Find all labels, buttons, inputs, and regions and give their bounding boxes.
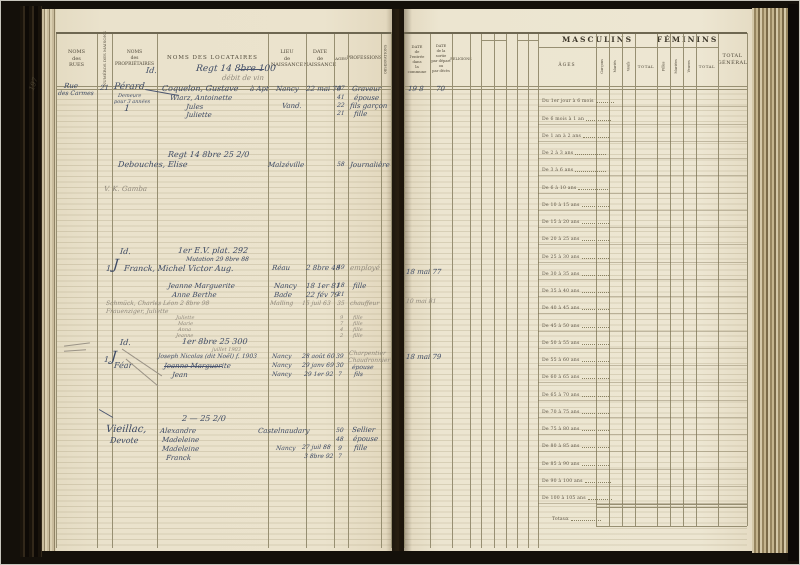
handwriting-note: Graveur (352, 85, 382, 93)
dot-leader (582, 223, 610, 224)
row-rule (404, 32, 747, 34)
handwriting-note: 22 fév 79 (306, 291, 340, 299)
handwriting-note: 28 août 60 (302, 353, 335, 360)
handwriting-note: Vieillac, (106, 424, 147, 435)
handwriting-note: Anne Berthe (172, 291, 217, 299)
handwriting-note: des Carmes (58, 90, 94, 97)
handwriting-note: fille (353, 333, 363, 339)
dot-leader (575, 154, 606, 155)
handwriting-note: fils (354, 371, 364, 378)
handwriting-note: 47 (337, 85, 345, 92)
header-observations: OBSERVATIONS (381, 32, 391, 86)
handwriting-note: Juliette (186, 111, 212, 119)
age-row: De 55 à 60 ans (538, 349, 747, 366)
handwriting-note: Schmück, Charles Léon 2 8bre 98 (106, 300, 210, 307)
handwriting-note: Nancy (276, 445, 296, 452)
handwriting-note: 7 (338, 371, 342, 378)
header-date-entree: DATE de l'entrée dans la commune (404, 32, 430, 86)
handwriting-note: Jean (172, 371, 188, 379)
header-date-naissance: DATE de NAISSANCE (306, 32, 334, 86)
handwriting-note: Nancy (276, 85, 299, 93)
age-row: De 2 à 3 ans (538, 142, 747, 159)
handwriting-note: 49 (337, 264, 345, 271)
handwriting-note: Id. (120, 338, 132, 347)
handwriting-note: Regt 14 8bre 100 (196, 64, 277, 74)
column-rule (528, 32, 529, 548)
handwriting-note: Madeleine (162, 436, 200, 444)
age-row-label: De 80 à 85 ans (538, 444, 580, 451)
row-rule (56, 32, 391, 34)
age-row: Du 1er jour à 6 mois (538, 90, 747, 107)
age-row: De 30 à 35 ans (538, 263, 747, 280)
age-row: De 70 à 75 ans (538, 401, 747, 418)
handwriting-note: Nancy (274, 282, 297, 290)
age-row-label: De 25 à 30 ans (538, 255, 580, 262)
age-row: De 50 à 55 ans (538, 332, 747, 349)
column-rule (506, 32, 507, 548)
age-row: De 6 à 10 ans (538, 176, 747, 193)
header-professions: PROFESSIONS (348, 32, 381, 86)
age-row: De 60 à 65 ans (538, 366, 747, 383)
total-column-label: TOTAL (696, 47, 718, 86)
handwriting-note: Madeleine (162, 445, 200, 453)
dot-leader (582, 413, 610, 414)
handwriting-note: Sellier (352, 426, 376, 434)
handwriting-note: 1er 8bre 25 300 (182, 337, 248, 346)
header-masculins: MASCULINS (538, 33, 657, 48)
dot-leader (575, 171, 606, 172)
age-row: De 1 an à 2 ans (538, 125, 747, 142)
handwriting-note: 22 (337, 102, 345, 109)
handwriting-note: employé (350, 264, 381, 272)
age-row-label: De 6 mois à 1 an (538, 117, 584, 124)
handwriting-note: 48 (336, 436, 344, 443)
header-lieu-naissance: LIEU de NAISSANCE (268, 32, 306, 86)
age-row-label: De 60 à 65 ans (538, 375, 580, 382)
age-row: De 15 à 20 ans (538, 211, 747, 228)
handwriting-note: fille (353, 282, 367, 290)
handwriting-note: Coquelon, Gustave (162, 84, 239, 93)
handwriting-note: épouse (354, 94, 380, 102)
handwriting-note: Alexandre (160, 427, 197, 435)
strike-mark (164, 366, 222, 367)
column-rule (391, 32, 392, 548)
age-row: De 45 à 50 ans (538, 314, 747, 331)
handwriting-note: Wiarz, Antoinette (170, 94, 233, 102)
handwriting-note: Malling (270, 300, 294, 307)
dot-leader (582, 206, 610, 207)
header-age: AGES (334, 32, 348, 86)
dot-leader (582, 275, 610, 276)
column-rule (747, 33, 748, 526)
handwriting-note: 19 8 (408, 85, 424, 93)
age-row-label: De 1 an à 2 ans (538, 134, 581, 141)
column-rule (56, 32, 57, 548)
column-rule (494, 32, 495, 548)
handwriting-note: Franck (166, 454, 192, 462)
column-rule (97, 32, 98, 548)
age-row-label: De 40 à 45 ans (538, 306, 580, 313)
dot-leader (582, 465, 610, 466)
age-row: De 100 à 105 ans (538, 487, 747, 504)
totaux-label: Totaux (538, 517, 569, 524)
handwriting-note: 18 mai 77 (406, 268, 442, 276)
handwriting-note: Nancy (272, 371, 292, 378)
handwriting-note: 3 8bre 92 (304, 453, 334, 460)
dot-leader (585, 482, 611, 483)
handwriting-note: 1er E.V. plat. 292 (178, 246, 249, 255)
age-row: De 25 à 30 ans (538, 245, 747, 262)
handwriting-note: J (112, 257, 119, 273)
handwriting-note: 9 (338, 445, 342, 452)
column-rule (430, 32, 431, 548)
handwriting-note: Id. (146, 66, 158, 75)
handwriting-note: pour 3 années (114, 99, 151, 105)
age-row: De 3 à 6 ans (538, 159, 747, 176)
header-rues: NOMS des RUES (56, 32, 97, 86)
age-row-label: De 90 à 100 ans (538, 479, 583, 486)
handwriting-note: fils garçon (350, 102, 388, 110)
handwriting-note: 70 (436, 85, 446, 93)
column-rule (334, 32, 335, 548)
age-row: De 90 à 100 ans (538, 470, 747, 487)
header-feminins: FÉMININS (657, 33, 718, 48)
header-ages: ÂGES (538, 47, 596, 86)
strike-mark (238, 69, 264, 70)
handwriting-note: Nancy (272, 362, 292, 369)
age-row-label: De 55 à 60 ans (538, 358, 580, 365)
handwriting-note: 7 (338, 453, 342, 460)
age-row: De 40 à 45 ans (538, 297, 747, 314)
handwriting-note: 21 (337, 291, 345, 298)
dot-leader (586, 120, 610, 121)
dot-leader (582, 258, 610, 259)
handwriting-note: 41 (337, 94, 345, 101)
age-row-label: De 30 à 35 ans (538, 272, 580, 279)
dot-leader (582, 327, 610, 328)
dot-leader (596, 102, 614, 103)
handwriting-note: 15 juil 63 (302, 300, 331, 307)
subcolumn-label: Veuves (687, 60, 692, 72)
age-row-label: De 3 à 6 ans (538, 168, 573, 175)
handwriting-note: 10 mai 81 (406, 298, 437, 305)
dot-leader (588, 499, 612, 500)
handwriting-note: Regt 14 8bre 25 2/0 (168, 150, 250, 159)
header-date-sortie: DATE de la sortie par départ ou par décè… (430, 32, 452, 86)
page-edge-stack-right (752, 8, 788, 553)
row-rule (596, 504, 747, 505)
dot-leader (571, 520, 601, 521)
handwriting-note: Debouches, Elise (118, 160, 188, 169)
handwriting-note: Mutation 29 8bre 88 (186, 256, 249, 263)
column-rule (404, 32, 405, 548)
age-row-label: De 45 à 50 ans (538, 324, 580, 331)
age-row: De 80 à 85 ans (538, 435, 747, 452)
handwriting-note: 58 (337, 161, 345, 168)
handwriting-note: 18 (337, 282, 345, 289)
handwriting-note: à Apt (250, 85, 269, 93)
age-row-label: De 35 à 40 ans (538, 289, 580, 296)
handwriting-note: 2 — 25 2/0 (182, 414, 227, 423)
handwriting-note: Rue (64, 82, 79, 90)
handwriting-note: Frauenziger, Juliette (106, 308, 169, 315)
age-row-label: De 15 à 20 ans (538, 220, 580, 227)
book-cover-right (788, 4, 798, 561)
age-row-label: De 70 à 75 ans (538, 410, 580, 417)
handwriting-note: Pérard (114, 82, 146, 92)
page-edge-stack-left (42, 9, 56, 551)
dot-leader (582, 292, 610, 293)
handwriting-note: Jeanne Marguerite (168, 282, 236, 290)
handwriting-note: Bade (274, 291, 293, 299)
dot-leader (582, 430, 610, 431)
handwriting-note: Id. (120, 247, 132, 256)
column-rule (112, 32, 113, 548)
totaux-row: Totaux (538, 508, 747, 524)
dot-leader (582, 240, 610, 241)
handwriting-note: 18 mai 79 (406, 353, 442, 361)
column-rule (470, 32, 471, 548)
column-rule (157, 32, 158, 548)
age-row-label: De 6 à 10 ans (538, 186, 576, 193)
handwriting-note: fille (354, 110, 368, 118)
handwriting-note: Chaudronnier (348, 357, 391, 364)
dot-leader (583, 137, 609, 138)
handwriting-note: 39 (336, 353, 344, 360)
handwriting-note: Charpentier (349, 350, 387, 357)
handwriting-note: 50 (336, 427, 344, 434)
handwriting-note: 21 (100, 84, 110, 92)
handwriting-note: Franck, Michel Victor Aug. (124, 264, 234, 273)
age-row-label: Du 1er jour à 6 mois (538, 99, 594, 106)
handwriting-note: Réau (272, 264, 291, 272)
age-row: De 20 à 25 ans (538, 228, 747, 245)
age-row-label: De 75 à 80 ans (538, 427, 580, 434)
dot-leader (582, 447, 610, 448)
column-rule (517, 32, 518, 548)
handwriting-note: 30 (336, 362, 344, 369)
column-rule (268, 32, 269, 548)
age-row-label: De 20 à 25 ans (538, 237, 580, 244)
handwriting-note: fille (354, 444, 368, 452)
handwriting-note: 1 (124, 104, 131, 114)
age-row: De 75 à 80 ans (538, 418, 747, 435)
handwriting-note: Joseph Nicolas (dit Noël) f. 1903 (158, 353, 258, 360)
handwriting-note: épouse (353, 435, 379, 443)
handwriting-note: 18 1er 81 (306, 282, 341, 290)
handwriting-note: chauffeur (350, 300, 380, 307)
column-rule (452, 32, 453, 548)
row-rule (596, 526, 747, 527)
column-rule (481, 32, 482, 548)
header-numeros: NUMÉROS DES MAISONS (97, 32, 112, 86)
handwriting-note: 27 juil 88 (302, 444, 331, 451)
handwriting-note: 2 (340, 333, 344, 339)
handwriting-note: 29 1er 92 (304, 371, 334, 378)
row-rule (404, 86, 747, 87)
handwriting-note: épouse (352, 364, 374, 371)
handwriting-note: 2 8bre 48 (306, 264, 341, 272)
handwriting-note: Vand. (282, 102, 303, 110)
age-row: De 85 à 90 ans (538, 452, 747, 469)
header-religions: RELIGIONS (452, 32, 470, 86)
handwriting-note: débit de vin (222, 74, 265, 82)
handwriting-note: Malzéville (268, 161, 305, 169)
dot-leader (582, 378, 610, 379)
header-total-general: TOTAL GÉNÉRAL (718, 33, 747, 86)
age-row-label: De 50 à 55 ans (538, 341, 580, 348)
handwriting-note: Devote (110, 436, 139, 445)
handwriting-note: V. K. Gamba (104, 185, 148, 193)
age-row-label: De 100 à 105 ans (538, 496, 586, 503)
column-rule (306, 32, 307, 548)
dot-leader (582, 361, 610, 362)
handwriting-note: 29 janv 69 (302, 362, 334, 369)
register-scan: NOMS des RUES NUMÉROS DES MAISONS NOMS d… (0, 0, 800, 565)
age-row-label: De 65 à 70 ans (538, 393, 580, 400)
age-row: De 65 à 70 ans (538, 383, 747, 400)
age-row-label: De 2 à 3 ans (538, 151, 573, 158)
header-proprietaires: NOMS des PROPRIÉTAIRES (112, 32, 157, 86)
age-row: De 10 à 15 ans (538, 194, 747, 211)
handwriting-note: Nancy (272, 353, 292, 360)
dot-leader (582, 396, 610, 397)
age-row-label: De 10 à 15 ans (538, 203, 580, 210)
dot-leader (582, 309, 610, 310)
handwriting-note: Castelnaudary (258, 427, 310, 435)
age-row: De 6 mois à 1 an (538, 107, 747, 124)
handwriting-note: Journalière (350, 161, 390, 169)
handwriting-note: 21 (337, 110, 345, 117)
dot-leader (582, 344, 610, 345)
dot-leader (578, 189, 607, 190)
handwriting-note: Jules (186, 103, 204, 111)
subcolumn-label: Veufs (626, 62, 631, 72)
age-row-label: De 85 à 90 ans (538, 462, 580, 469)
age-row: De 35 à 40 ans (538, 280, 747, 297)
handwriting-note: 35 (337, 300, 345, 307)
